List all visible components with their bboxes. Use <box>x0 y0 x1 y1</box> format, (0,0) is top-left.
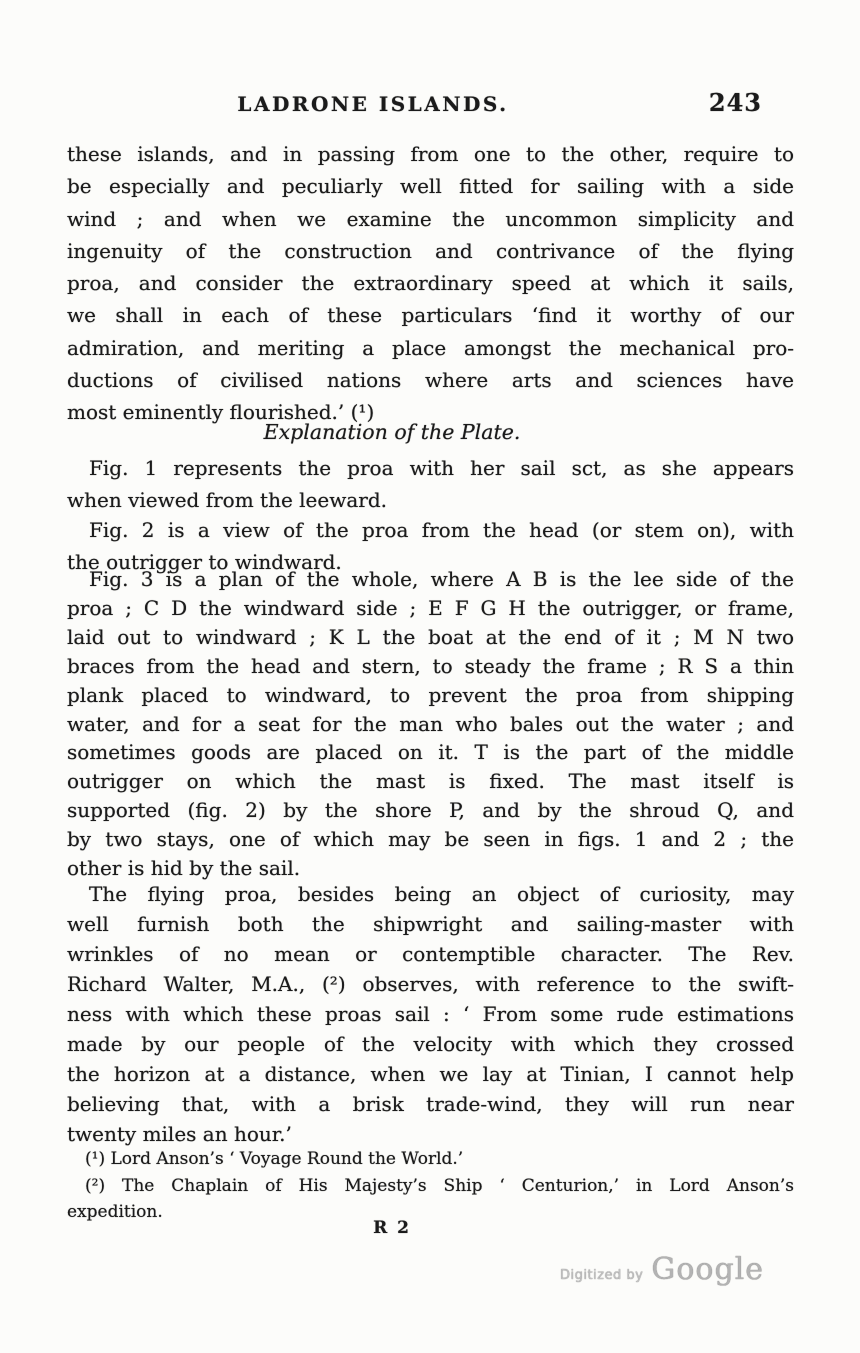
text-line: plank placed to windward, to prevent the… <box>67 681 794 710</box>
text-line: wrinkles of no mean or contemptible char… <box>67 939 794 969</box>
text-line: (²) The Chaplain of His Majesty’s Ship ‘… <box>67 1173 794 1200</box>
paragraph-opening: these islands, and in passing from one t… <box>67 138 794 429</box>
text-line: we shall in each of these particulars ‘f… <box>67 299 794 331</box>
running-title: LADRONE ISLANDS. <box>67 92 679 116</box>
text-line: these islands, and in passing from one t… <box>67 138 794 170</box>
paragraph-flying-proa: The flying proa, besides being an object… <box>67 879 794 1149</box>
text-line: The flying proa, besides being an object… <box>67 879 794 909</box>
watermark-prefix: Digitized by <box>560 1268 643 1283</box>
text-line: admiration, and meriting a place amongst… <box>67 332 794 364</box>
text-line: when viewed from the leeward. <box>67 485 794 517</box>
text-line: outrigger on which the mast is fixed. Th… <box>67 767 794 796</box>
text-line: twenty miles an hour.’ <box>67 1119 794 1149</box>
page-number: 243 <box>709 88 762 117</box>
google-watermark: Digitized by Google <box>560 1252 764 1287</box>
text-line: laid out to windward ; K L the boat at t… <box>67 623 794 652</box>
plate-heading: Explanation of the Plate. <box>67 420 717 444</box>
text-line: by two stays, one of which may be seen i… <box>67 825 794 854</box>
footnotes: (¹) Lord Anson’s ‘ Voyage Round the Worl… <box>67 1146 794 1226</box>
footnote-1: (¹) Lord Anson’s ‘ Voyage Round the Worl… <box>67 1146 794 1173</box>
text-line: ingenuity of the construction and contri… <box>67 235 794 267</box>
google-logo: Google <box>651 1252 764 1287</box>
text-line: braces from the head and stern, to stead… <box>67 652 794 681</box>
page-header: LADRONE ISLANDS. 243 <box>67 90 794 120</box>
scanned-book-page: LADRONE ISLANDS. 243 these islands, and … <box>0 0 860 1353</box>
paragraph-fig1: Fig. 1 represents the proa with her sail… <box>67 453 794 516</box>
text-line: made by our people of the velocity with … <box>67 1029 794 1059</box>
text-line: proa, and consider the extraordinary spe… <box>67 267 794 299</box>
text-line: sometimes goods are placed on it. T is t… <box>67 738 794 767</box>
paragraph-fig3: Fig. 3 is a plan of the whole, where A B… <box>67 565 794 883</box>
text-line: proa ; C D the windward side ; E F G H t… <box>67 594 794 623</box>
text-line: be especially and peculiarly well fitted… <box>67 170 794 202</box>
text-line: water, and for a seat for the man who ba… <box>67 710 794 739</box>
text-line: believing that, with a brisk trade-wind,… <box>67 1089 794 1119</box>
text-line: ductions of civilised nations where arts… <box>67 364 794 396</box>
text-line: Richard Walter, M.A., (²) observes, with… <box>67 969 794 999</box>
text-line: the horizon at a distance, when we lay a… <box>67 1059 794 1089</box>
text-line: wind ; and when we examine the uncommon … <box>67 203 794 235</box>
text-line: (¹) Lord Anson’s ‘ Voyage Round the Worl… <box>67 1146 794 1173</box>
signature-mark: R 2 <box>67 1218 717 1238</box>
text-line: Fig. 1 represents the proa with her sail… <box>67 453 794 485</box>
text-line: well furnish both the shipwright and sai… <box>67 909 794 939</box>
text-line: supported (fig. 2) by the shore P, and b… <box>67 796 794 825</box>
text-line: ness with which these proas sail : ‘ Fro… <box>67 999 794 1029</box>
text-line: Fig. 3 is a plan of the whole, where A B… <box>67 565 794 594</box>
text-line: Fig. 2 is a view of the proa from the he… <box>67 515 794 547</box>
